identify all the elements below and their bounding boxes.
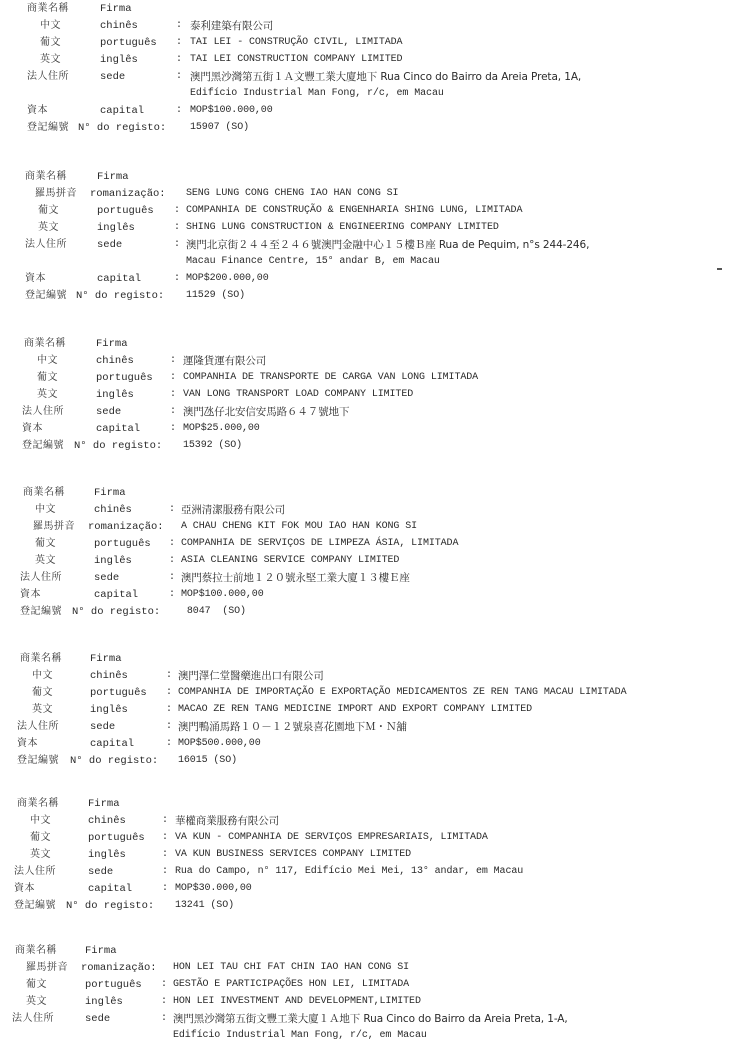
firma-label-zh: 商業名稱 (20, 651, 62, 667)
romanizacao-label-zh: 羅馬拼音 (33, 519, 75, 535)
firma-label-pt: Firma (97, 169, 129, 185)
portugues-label-zh: 葡文 (32, 685, 53, 701)
firma-label-pt: Firma (85, 943, 117, 959)
registo-value: 8047 (SO) (181, 604, 246, 620)
company-record-2: 商業名稱 Firma 羅馬拼音 romanização: SENG LUNG C… (0, 168, 742, 308)
sede-label-pt: sede (88, 864, 113, 880)
chines-label-pt: chinês (100, 18, 138, 34)
chinese-name-value: 泰利建築有限公司 (190, 18, 273, 34)
registo-label-zh: 登記編號 (14, 898, 56, 914)
capital-label-pt: capital (96, 421, 140, 437)
sede-label-pt: sede (90, 719, 115, 735)
ingles-label-zh: 英文 (37, 387, 58, 403)
colon: : (170, 421, 176, 437)
colon: : (169, 587, 175, 603)
romanization-value: A CHAU CHENG KIT FOK MOU IAO HAN KONG SI (181, 519, 417, 535)
registo-label-zh: 登記編號 (20, 604, 62, 620)
registo-value: 11529 (SO) (186, 288, 245, 304)
capital-label-zh: 資本 (22, 421, 43, 437)
portuguese-name-value: GESTÃO E PARTICIPAÇÕES HON LEI, LIMITADA (173, 977, 409, 993)
colon: : (176, 52, 182, 68)
portuguese-name-value: TAI LEI - CONSTRUÇÃO CIVIL, LIMITADA (190, 35, 402, 51)
english-name-value: SHING LUNG CONSTRUCTION & ENGINEERING CO… (186, 220, 499, 236)
ingles-label-pt: inglês (100, 52, 138, 68)
registo-label-pt: N° do registo: (70, 753, 158, 769)
colon: : (176, 69, 182, 85)
registo-label-pt: N° do registo: (72, 604, 160, 620)
capital-label-pt: capital (88, 881, 132, 897)
sede-value-line2: Edifício Industrial Man Fong, r/c, em Ma… (190, 86, 444, 102)
colon: : (169, 502, 175, 518)
colon: : (176, 18, 182, 34)
portugues-label-zh: 葡文 (35, 536, 56, 552)
ingles-label-zh: 英文 (30, 847, 51, 863)
firma-label-pt: Firma (94, 485, 126, 501)
english-name-value: TAI LEI CONSTRUCTION COMPANY LIMITED (190, 52, 402, 68)
ingles-label-zh: 英文 (40, 52, 61, 68)
english-name-value: VA KUN BUSINESS SERVICES COMPANY LIMITED (175, 847, 411, 863)
portugues-label-pt: português (85, 977, 142, 993)
registo-value: 16015 (SO) (178, 753, 237, 769)
colon: : (162, 881, 168, 897)
colon: : (161, 994, 167, 1010)
sede-label-pt: sede (100, 69, 125, 85)
english-name-value: MACAO ZE REN TANG MEDICINE IMPORT AND EX… (178, 702, 532, 718)
portugues-label-zh: 葡文 (37, 370, 58, 386)
colon: : (169, 553, 175, 569)
colon: : (161, 977, 167, 993)
chines-label-zh: 中文 (35, 502, 56, 518)
romanizacao-label-pt: romanização: (88, 519, 164, 535)
sede-value-line1: 澳門黑沙灣第五街文豐工業大廈１Ａ地下 Rua Cinco do Bairro d… (173, 1011, 568, 1027)
ingles-label-pt: inglês (90, 702, 128, 718)
sede-label-zh: 法人住所 (20, 570, 62, 586)
colon: : (170, 370, 176, 386)
registo-value: 15907 (SO) (190, 120, 249, 136)
sede-value-line1: 澳門鴨涌馬路１０－１２號泉喜花園地下Ｍ・Ｎ舖 (178, 719, 407, 735)
colon: : (162, 864, 168, 880)
romanization-value: SENG LUNG CONG CHENG IAO HAN CONG SI (186, 186, 398, 202)
sede-value-line1: 澳門北京街２４４至２４６號澳門金融中心１５樓Ｂ座 Rua de Pequim, … (186, 237, 589, 253)
registo-label-zh: 登記編號 (22, 438, 64, 454)
portugues-label-zh: 葡文 (30, 830, 51, 846)
chinese-name-value: 運隆貨運有限公司 (183, 353, 266, 369)
capital-label-pt: capital (97, 271, 141, 287)
sede-label-pt: sede (85, 1011, 110, 1027)
portuguese-name-value: COMPANHIA DE CONSTRUÇÃO & ENGENHARIA SHI… (186, 203, 522, 219)
firma-label-zh: 商業名稱 (25, 169, 67, 185)
portuguese-name-value: COMPANHIA DE SERVIÇOS DE LIMPEZA ÁSIA, L… (181, 536, 458, 552)
capital-value: MOP$100.000,00 (190, 103, 273, 119)
ingles-label-zh: 英文 (38, 220, 59, 236)
chinese-name-value: 亞洲清潔服務有限公司 (181, 502, 285, 518)
colon: : (170, 353, 176, 369)
company-record-7: 商業名稱 Firma 羅馬拼音 romanização: HON LEI TAU… (0, 942, 742, 1052)
registo-value: 15392 (SO) (183, 438, 242, 454)
portugues-label-pt: português (88, 830, 145, 846)
sede-value-line2: Edifício Industrial Man Fong, r/c, em Ma… (173, 1028, 427, 1044)
colon: : (162, 830, 168, 846)
firma-label-zh: 商業名稱 (15, 943, 57, 959)
company-record-4: 商業名稱 Firma 中文 chinês : 亞洲清潔服務有限公司 羅馬拼音 r… (0, 484, 742, 624)
sede-value-line1: 澳門黑沙灣第五街１Ａ文豐工業大廈地下 Rua Cinco do Bairro d… (190, 69, 581, 85)
chinese-name-value: 華權商業服務有限公司 (175, 813, 279, 829)
capital-label-zh: 資本 (14, 881, 35, 897)
capital-value: MOP$100.000,00 (181, 587, 264, 603)
colon: : (169, 536, 175, 552)
firma-label-zh: 商業名稱 (27, 1, 69, 17)
portuguese-name-value: COMPANHIA DE TRANSPORTE DE CARGA VAN LON… (183, 370, 478, 386)
portugues-label-zh: 葡文 (40, 35, 61, 51)
ingles-label-zh: 英文 (35, 553, 56, 569)
sede-label-zh: 法人住所 (17, 719, 59, 735)
capital-value: MOP$500.000,00 (178, 736, 261, 752)
sede-label-zh: 法人住所 (14, 864, 56, 880)
english-name-value: ASIA CLEANING SERVICE COMPANY LIMITED (181, 553, 399, 569)
capital-label-zh: 資本 (25, 271, 46, 287)
capital-label-zh: 資本 (27, 103, 48, 119)
scan-speck (717, 268, 722, 270)
capital-label-pt: capital (100, 103, 144, 119)
registo-label-pt: N° do registo: (76, 288, 164, 304)
firma-label-pt: Firma (100, 1, 132, 17)
sede-value-line1: 澳門蔡拉士前地１２０號永堅工業大廈１３樓Ｅ座 (181, 570, 410, 586)
romanizacao-label-zh: 羅馬拼音 (26, 960, 68, 976)
firma-label-zh: 商業名稱 (23, 485, 65, 501)
chines-label-zh: 中文 (37, 353, 58, 369)
colon: : (174, 237, 180, 253)
sede-label-zh: 法人住所 (12, 1011, 54, 1027)
ingles-label-zh: 英文 (32, 702, 53, 718)
colon: : (161, 1011, 167, 1027)
company-record-1: 商業名稱 Firma 中文 chinês : 泰利建築有限公司 葡文 portu… (0, 0, 742, 140)
colon: : (170, 404, 176, 420)
sede-label-zh: 法人住所 (27, 69, 69, 85)
capital-label-pt: capital (94, 587, 138, 603)
portugues-label-pt: português (97, 203, 154, 219)
portugues-label-pt: português (96, 370, 153, 386)
colon: : (174, 271, 180, 287)
colon: : (166, 668, 172, 684)
chines-label-zh: 中文 (30, 813, 51, 829)
sede-value-line2: Macau Finance Centre, 15° andar B, em Ma… (186, 254, 440, 270)
ingles-label-zh: 英文 (26, 994, 47, 1010)
company-record-6: 商業名稱 Firma 中文 chinês : 華權商業服務有限公司 葡文 por… (0, 795, 742, 915)
chines-label-zh: 中文 (32, 668, 53, 684)
registo-label-pt: N° do registo: (74, 438, 162, 454)
colon: : (176, 103, 182, 119)
colon: : (174, 220, 180, 236)
colon: : (166, 736, 172, 752)
ingles-label-pt: inglês (97, 220, 135, 236)
portugues-label-pt: português (100, 35, 157, 51)
capital-value: MOP$25.000,00 (183, 421, 260, 437)
colon: : (162, 847, 168, 863)
portuguese-name-value: COMPANHIA DE IMPORTAÇÃO E EXPORTAÇÃO MED… (178, 685, 626, 701)
chines-label-pt: chinês (96, 353, 134, 369)
registo-label-zh: 登記編號 (27, 120, 69, 136)
registo-label-zh: 登記編號 (25, 288, 67, 304)
capital-label-pt: capital (90, 736, 134, 752)
sede-label-zh: 法人住所 (25, 237, 67, 253)
romanizacao-label-pt: romanização: (90, 186, 166, 202)
firma-label-pt: Firma (96, 336, 128, 352)
english-name-value: HON LEI INVESTMENT AND DEVELOPMENT,LIMIT… (173, 994, 421, 1010)
chines-label-pt: chinês (88, 813, 126, 829)
romanization-value: HON LEI TAU CHI FAT CHIN IAO HAN CONG SI (173, 960, 409, 976)
firma-label-zh: 商業名稱 (17, 796, 59, 812)
chinese-name-value: 澳門澤仁堂醫藥進出口有限公司 (178, 668, 324, 684)
sede-value-line1: Rua do Campo, n° 117, Edifício Mei Mei, … (175, 864, 523, 880)
registo-label-pt: N° do registo: (78, 120, 166, 136)
registo-value: 13241 (SO) (175, 898, 234, 914)
chines-label-zh: 中文 (40, 18, 61, 34)
firma-label-zh: 商業名稱 (24, 336, 66, 352)
capital-value: MOP$30.000,00 (175, 881, 252, 897)
firma-label-pt: Firma (90, 651, 122, 667)
romanizacao-label-pt: romanização: (81, 960, 157, 976)
romanizacao-label-zh: 羅馬拼音 (35, 186, 77, 202)
sede-label-zh: 法人住所 (22, 404, 64, 420)
colon: : (166, 685, 172, 701)
portugues-label-zh: 葡文 (26, 977, 47, 993)
chines-label-pt: chinês (94, 502, 132, 518)
capital-label-zh: 資本 (20, 587, 41, 603)
sede-value-line1: 澳門氹仔北安信安馬路６４７號地下 (183, 404, 349, 420)
colon: : (166, 719, 172, 735)
capital-label-zh: 資本 (17, 736, 38, 752)
chines-label-pt: chinês (90, 668, 128, 684)
colon: : (166, 702, 172, 718)
colon: : (162, 813, 168, 829)
firma-label-pt: Firma (88, 796, 120, 812)
colon: : (176, 35, 182, 51)
company-record-3: 商業名稱 Firma 中文 chinês : 運隆貨運有限公司 葡文 portu… (0, 335, 742, 455)
portugues-label-zh: 葡文 (38, 203, 59, 219)
sede-label-pt: sede (96, 404, 121, 420)
ingles-label-pt: inglês (85, 994, 123, 1010)
english-name-value: VAN LONG TRANSPORT LOAD COMPANY LIMITED (183, 387, 413, 403)
ingles-label-pt: inglês (88, 847, 126, 863)
ingles-label-pt: inglês (94, 553, 132, 569)
portugues-label-pt: português (90, 685, 147, 701)
registo-label-pt: N° do registo: (66, 898, 154, 914)
portugues-label-pt: português (94, 536, 151, 552)
colon: : (174, 203, 180, 219)
colon: : (169, 570, 175, 586)
ingles-label-pt: inglês (96, 387, 134, 403)
sede-label-pt: sede (97, 237, 122, 253)
sede-label-pt: sede (94, 570, 119, 586)
capital-value: MOP$200.000,00 (186, 271, 269, 287)
colon: : (170, 387, 176, 403)
registo-label-zh: 登記編號 (17, 753, 59, 769)
company-record-5: 商業名稱 Firma 中文 chinês : 澳門澤仁堂醫藥進出口有限公司 葡文… (0, 650, 742, 770)
portuguese-name-value: VA KUN - COMPANHIA DE SERVIÇOS EMPRESARI… (175, 830, 488, 846)
